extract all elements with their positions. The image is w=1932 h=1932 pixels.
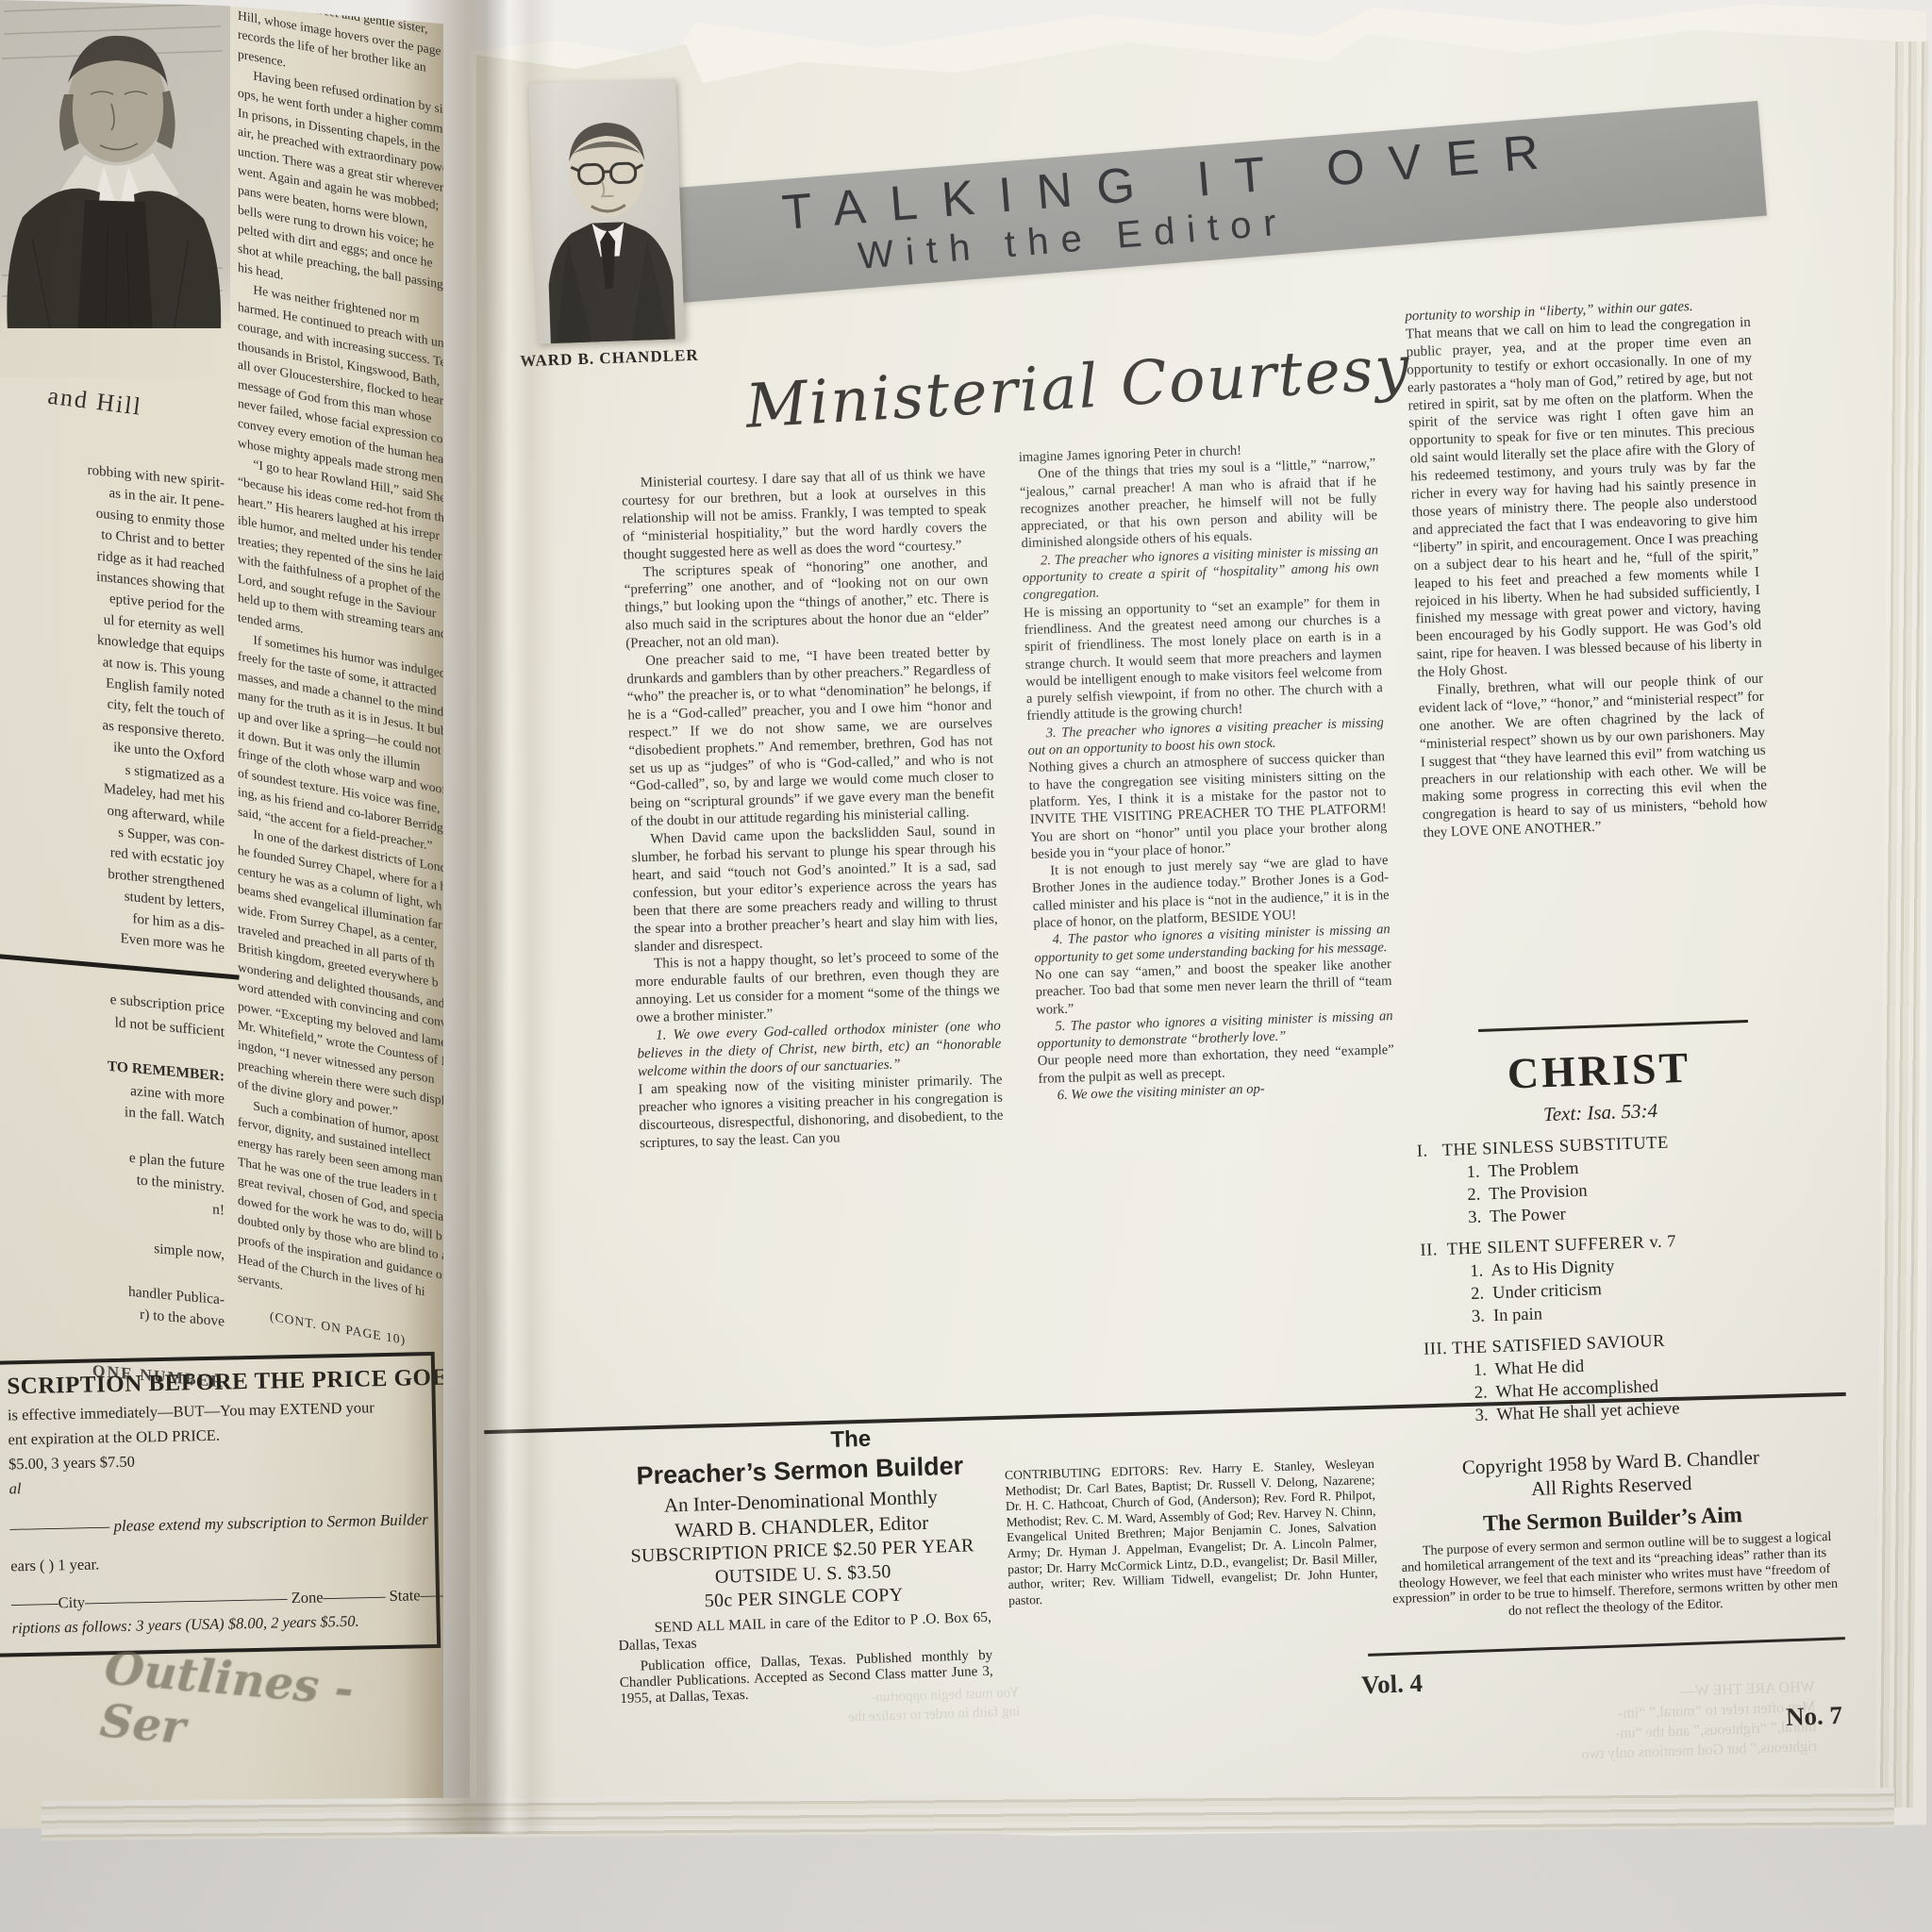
subscription-line: al (8, 1471, 420, 1498)
subscription-line: ent expiration at the OLD PRICE. (8, 1422, 419, 1449)
rowland-hill-article: helped by his sweet and gentle sister,Hi… (238, 0, 443, 1364)
paragraph: That means that we call on him to lead t… (1406, 314, 1763, 683)
aim-rule (1368, 1637, 1845, 1657)
show-through-text: WHO ARE THE W—Men often refer to “moral,… (1372, 1677, 1818, 1772)
sermon-outline-text-ref: Text: Isa. 53:4 (1415, 1094, 1786, 1131)
paragraph: When David came upon the backslidden Sau… (631, 822, 999, 957)
paragraph: Ministerial courtesy. I dare say that al… (621, 465, 987, 564)
article-column-1: Ministerial courtesy. I dare say that al… (621, 465, 1010, 1404)
subscription-line: is effective immediately—BUT—You may EXT… (8, 1397, 419, 1424)
sermon-outline: CHRIST Text: Isa. 53:4 I. THE SINLESS SU… (1413, 1039, 1796, 1428)
text-line: simple now, (0, 1224, 225, 1266)
subscription-line: ——————— please extend my subscription to… (9, 1510, 421, 1538)
paragraph: I am speaking now of the visiting minist… (638, 1071, 1004, 1152)
ghost-line: Men often refer to “moral,” “im- (1372, 1697, 1815, 1732)
issue-number-label: No. 7 (1785, 1701, 1842, 1732)
paragraph: Finally, brethren, what will our people … (1418, 671, 1769, 843)
ghost-line: ing faith in order to realize the (708, 1702, 1020, 1732)
left-column-notice-fragments: e subscription priceld not be sufficient… (0, 978, 225, 1392)
right-page: TALKING IT OVER With the Editor (476, 26, 1891, 1804)
article-column-3: portunity to worship in “liberty,” withi… (1405, 296, 1774, 1017)
column-banner: TALKING IT OVER With the Editor (601, 101, 1767, 308)
subscription-offer-box: SCRIPTION BEFORE THE PRICE GOES UPis eff… (0, 1352, 441, 1657)
masthead-publication-note: Publication office, Dallas, Texas. Publi… (619, 1648, 993, 1707)
editor-photo-caption: WARD B. CHANDLER (503, 345, 717, 372)
masthead-mail-note: SEND ALL MAIL in care of the Editor to P… (618, 1609, 992, 1655)
outline-divider-rule (1478, 1020, 1748, 1032)
rowland-hill-engraving (0, 0, 230, 377)
ghost-line: moral,” “righteous,” and the “un- (1373, 1717, 1816, 1752)
paragraph: Nothing gives a church an atmosphere of … (1028, 748, 1388, 863)
subscription-line: ears ( ) 1 year. (10, 1548, 422, 1575)
sermon-outline-title: CHRIST (1413, 1039, 1785, 1102)
paragraph: This is not a happy thought, so let’s pr… (635, 946, 1001, 1027)
contributing-editors: CONTRIBUTING EDITORS: Rev. Harry E. Stan… (1005, 1457, 1378, 1609)
aim-text: The purpose of every sermon and sermon o… (1384, 1529, 1845, 1624)
volume-label: Vol. 4 (1360, 1669, 1423, 1700)
show-through-text: Outlines - Ser (98, 1641, 443, 1776)
copyright-block: Copyright 1958 by Ward B. Chandler All R… (1381, 1443, 1845, 1624)
ghost-line: righteous,” but God mentions only two (1374, 1737, 1817, 1772)
subscription-line: ———City————————————— Zone———— State———— (11, 1586, 423, 1613)
subscription-line: riptions as follows: 3 years (USA) $8.00… (11, 1610, 423, 1638)
engraving-caption: and Hill (46, 382, 256, 436)
subscription-line: SCRIPTION BEFORE THE PRICE GOES UP (7, 1365, 418, 1400)
left-page: and Hill robbing with new spirit-as in t… (0, 0, 443, 1828)
masthead: The Preacher’s Sermon Builder An Inter-D… (612, 1423, 994, 1707)
paragraph: He is missing an opportunity to “set an … (1024, 593, 1384, 725)
paragraph: The scriptures speak of “honoring” one a… (624, 554, 990, 653)
paragraph: It is not enough to just merely say “we … (1031, 852, 1390, 932)
article-column-2: imagine James ignoring Peter in church!O… (1019, 438, 1405, 1382)
sermon-outline-body: I. THE SINLESS SUBSTITUTE1. The Problem2… (1416, 1127, 1795, 1428)
subscription-line: $5.00, 3 years $7.50 (8, 1446, 420, 1474)
editor-photo (528, 78, 685, 343)
paragraph: One preacher said to me, “I have been tr… (626, 643, 995, 832)
paragraph: One of the things that tries my soul is … (1019, 456, 1378, 553)
left-column-fragments: robbing with new spirit-as in the air. I… (0, 451, 225, 959)
ghost-line: WHO ARE THE W— (1372, 1677, 1815, 1712)
magazine-photo: and Hill robbing with new spirit-as in t… (0, 0, 1932, 1932)
